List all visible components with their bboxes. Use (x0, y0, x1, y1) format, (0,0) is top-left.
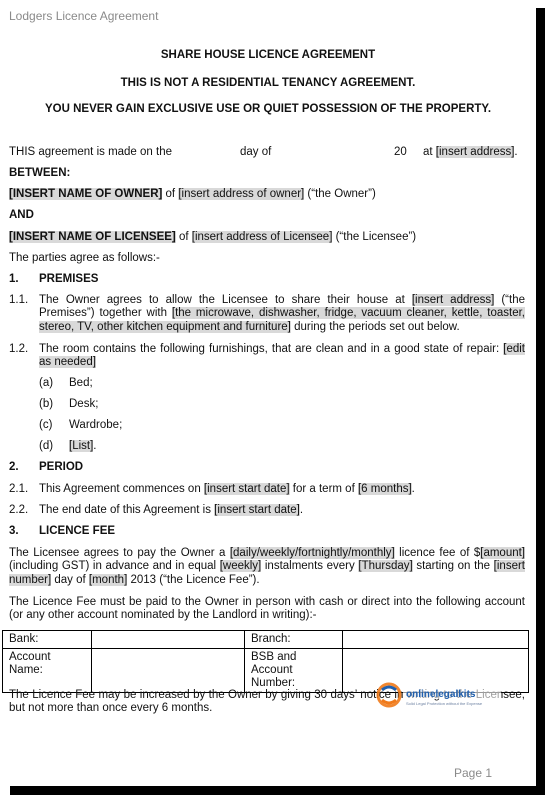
furnishing-end: . (93, 440, 96, 452)
furnishing-desk: Desk; (69, 398, 98, 411)
watermark-logo: onlinelegalkits Solid Legal Protection w… (376, 682, 506, 712)
owner-line: [INSERT NAME OF OWNER] of [insert addres… (9, 188, 376, 201)
furnishing-label: (b) (39, 398, 53, 410)
furnishing-list: [List]. (69, 440, 97, 453)
fee-text: licence fee of $ (395, 547, 481, 559)
clause-2-1-text: This Agreement commences on [insert star… (39, 483, 415, 496)
owner-address-placeholder[interactable]: [insert address of owner] (178, 188, 304, 200)
furnishing-label: (d) (39, 440, 53, 452)
furnishing-label: (a) (39, 377, 53, 389)
globe-logo-icon: onlinelegalkits Solid Legal Protection w… (376, 682, 506, 712)
end-date-placeholder[interactable]: [insert start date] (214, 504, 300, 516)
account-name-label: Account Name: (3, 649, 92, 693)
furnishing-item: (c) (39, 419, 52, 432)
clause-text: The room contains the following furnishi… (39, 343, 503, 355)
section-1-number: 1. (9, 273, 19, 286)
page-number: Page 1 (454, 766, 492, 780)
licensee-name-placeholder[interactable]: [INSERT NAME OF LICENSEE] (9, 231, 176, 243)
list-placeholder[interactable]: [List] (69, 440, 93, 452)
page-shadow-bottom (10, 786, 545, 795)
payment-paragraph: The Licence Fee must be paid to the Owne… (9, 596, 525, 623)
clause-text: . (300, 504, 303, 516)
document-page: Lodgers Licence Agreement SHARE HOUSE LI… (0, 0, 536, 786)
header-title: Lodgers Licence Agreement (9, 9, 158, 23)
fee-paragraph: The Licensee agrees to pay the Owner a [… (9, 547, 525, 587)
subtitle-not-tenancy: THIS IS NOT A RESIDENTIAL TENANCY AGREEM… (0, 77, 536, 90)
intro-at: at (423, 146, 433, 158)
furnishing-item: (d) (39, 440, 53, 453)
branch-value[interactable] (343, 631, 529, 649)
clause-1-2-number: 1.2. (9, 343, 28, 356)
licensee-suffix: (“the Licensee”) (332, 231, 416, 243)
and-label: AND (9, 209, 34, 222)
month-placeholder[interactable]: [month] (89, 574, 127, 586)
account-name-value[interactable] (92, 649, 245, 693)
bank-label: Bank: (3, 631, 92, 649)
furnishing-bed: Bed; (69, 377, 93, 390)
clause-2-2-number: 2.2. (9, 504, 28, 517)
bank-value[interactable] (92, 631, 245, 649)
furnishing-label: (c) (39, 419, 52, 431)
fee-text: instalments every (261, 560, 358, 572)
owner-name-placeholder[interactable]: [INSERT NAME OF OWNER] (9, 188, 162, 200)
clause-text: . (412, 483, 415, 495)
table-row: Bank: Branch: (3, 631, 529, 649)
between-label: BETWEEN: (9, 167, 70, 180)
section-2-title: PERIOD (39, 461, 83, 474)
fee-text: day of (51, 574, 89, 586)
intro-address: at [insert address]. (423, 146, 518, 159)
owner-suffix: (“the Owner”) (304, 188, 376, 200)
parties-agree: The parties agree as follows:- (9, 252, 160, 265)
furnishing-item: (a) (39, 377, 53, 390)
frequency-placeholder[interactable]: [daily/weekly/fortnightly/monthly] (230, 547, 395, 559)
section-3-number: 3. (9, 525, 19, 538)
page-shadow-right (536, 8, 545, 795)
subtitle-no-exclusive-use: YOU NEVER GAIN EXCLUSIVE USE OR QUIET PO… (0, 103, 536, 116)
clause-1-2-text: The room contains the following furnishi… (39, 343, 525, 370)
term-placeholder[interactable]: [6 months] (358, 483, 412, 495)
clause-2-1-number: 2.1. (9, 483, 28, 496)
clause-text: during the periods set out below. (291, 321, 460, 333)
fee-text: (including GST) in advance and in equal (9, 560, 220, 572)
owner-of: of (162, 188, 178, 200)
amount-placeholder[interactable]: [amount] (480, 547, 525, 559)
intro-made-on: THIS agreement is made on the (9, 146, 172, 159)
furnishing-wardrobe: Wardrobe; (69, 419, 122, 432)
bsb-account-label: BSB and Account Number: (245, 649, 343, 693)
clause-text: The end date of this Agreement is (39, 504, 214, 516)
payment-day-placeholder[interactable]: [Thursday] (358, 560, 412, 572)
intro-address-placeholder[interactable]: [insert address] (436, 146, 515, 158)
branch-label: Branch: (245, 631, 343, 649)
furnishing-item: (b) (39, 398, 53, 411)
section-1-title: PREMISES (39, 273, 98, 286)
instalment-placeholder[interactable]: [weekly] (220, 560, 262, 572)
watermark-tagline: Solid Legal Protection without the Expen… (406, 701, 483, 706)
clause-text: This Agreement commences on (39, 483, 204, 495)
intro-year: 20 (394, 146, 407, 159)
fee-text: 2013 (“the Licence Fee”). (127, 574, 259, 586)
clause-1-1-text: The Owner agrees to allow the Licensee t… (39, 294, 525, 334)
section-3-title: LICENCE FEE (39, 525, 115, 538)
watermark-brand: onlinelegalkits (406, 689, 476, 700)
clause-text: for a term of (290, 483, 358, 495)
intro-day-of: day of (240, 146, 271, 159)
licensee-address-placeholder[interactable]: [insert address of Licensee] (192, 231, 333, 243)
fee-text: The Licensee agrees to pay the Owner a (9, 547, 230, 559)
intro-end: . (514, 146, 517, 158)
clause-2-2-text: The end date of this Agreement is [inser… (39, 504, 303, 517)
premises-address-placeholder[interactable]: [insert address] (412, 294, 494, 306)
licensee-line: [INSERT NAME OF LICENSEE] of [insert add… (9, 231, 416, 244)
clause-text: The Owner agrees to allow the Licensee t… (39, 294, 412, 306)
fee-text: starting on the (413, 560, 494, 572)
section-2-number: 2. (9, 461, 19, 474)
licensee-of: of (176, 231, 192, 243)
document-title: SHARE HOUSE LICENCE AGREEMENT (0, 49, 536, 62)
start-date-placeholder[interactable]: [insert start date] (204, 483, 290, 495)
clause-1-1-number: 1.1. (9, 294, 28, 307)
